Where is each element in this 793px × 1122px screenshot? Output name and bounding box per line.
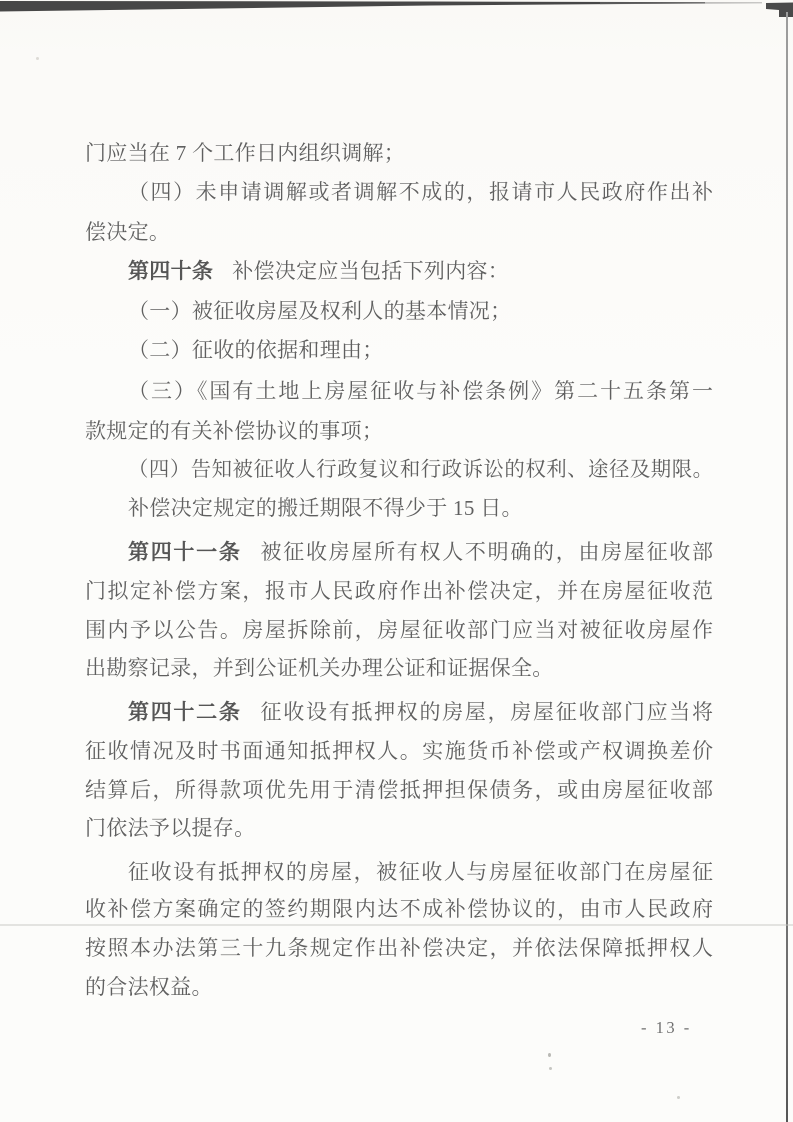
line-text: 补偿决定应当包括下列内容：: [232, 259, 509, 283]
text-line: 偿决定。: [85, 218, 713, 246]
text-line: 补偿决定规定的搬迁期限不得少于 15 日。: [128, 494, 713, 522]
page-number: - 13 -: [641, 1018, 692, 1038]
text-line: 的合法权益。: [85, 973, 713, 1001]
text-line: （二）征收的依据和理由；: [128, 336, 713, 364]
text-line: 门依法予以提存。: [85, 814, 713, 842]
scan-artifact-horizontal-line: [0, 924, 793, 926]
article-number: 第四十二条: [128, 700, 242, 724]
text-line: 门应当在 7 个工作日内组织调解；: [85, 139, 713, 167]
text-line: 第四十条补偿决定应当包括下列内容：: [128, 257, 713, 285]
scan-speck: [548, 1053, 551, 1057]
line-text: 被征收房屋所有权人不明确的，由房屋征收部: [261, 540, 713, 564]
scan-artifact-right-edge-line: [786, 12, 788, 1122]
scan-speck: [549, 1067, 552, 1070]
text-line: 征收情况及时书面通知抵押权人。实施货币补偿或产权调换差价: [85, 737, 713, 765]
text-line: （四）未申请调解或者调解不成的，报请市人民政府作出补: [128, 178, 713, 206]
text-line: （三）《国有土地上房屋征收与补偿条例》第二十五条第一: [128, 377, 713, 405]
text-line: （四）告知被征收人行政复议和行政诉讼的权利、途径及期限。: [128, 456, 713, 484]
line-text: 征收设有抵押权的房屋，房屋征收部门应当将: [261, 700, 713, 724]
text-line: 出勘察记录，并到公证机关办理公证和证据保全。: [85, 654, 713, 682]
text-line: 款规定的有关补偿协议的事项；: [85, 417, 713, 445]
article-number: 第四十一条: [128, 540, 242, 564]
text-line: 围内予以公告。房屋拆除前，房屋征收部门应当对被征收房屋作: [85, 616, 713, 644]
text-line: 按照本办法第三十九条规定作出补偿决定，并依法保障抵押权人: [85, 934, 713, 962]
text-line: 第四十一条被征收房屋所有权人不明确的，由房屋征收部: [128, 538, 713, 566]
text-line: 收补偿方案确定的签约期限内达不成补偿协议的，由市人民政府: [85, 895, 713, 923]
scan-artifact-top-band: [0, 0, 793, 24]
text-line: 门拟定补偿方案，报市人民政府作出补偿决定，并在房屋征收范: [85, 577, 713, 605]
scanned-document-page: 门应当在 7 个工作日内组织调解； （四）未申请调解或者调解不成的，报请市人民政…: [0, 0, 793, 1122]
text-line: （一）被征收房屋及权利人的基本情况；: [128, 297, 713, 325]
text-line: 结算后，所得款项优先用于清偿抵押担保债务，或由房屋征收部: [85, 776, 713, 804]
text-line: 第四十二条征收设有抵押权的房屋，房屋征收部门应当将: [128, 698, 713, 726]
article-number: 第四十条: [128, 259, 213, 283]
scan-speck: [677, 1096, 680, 1099]
text-line: 征收设有抵押权的房屋，被征收人与房屋征收部门在房屋征: [128, 858, 713, 886]
scan-speck: [36, 57, 39, 60]
